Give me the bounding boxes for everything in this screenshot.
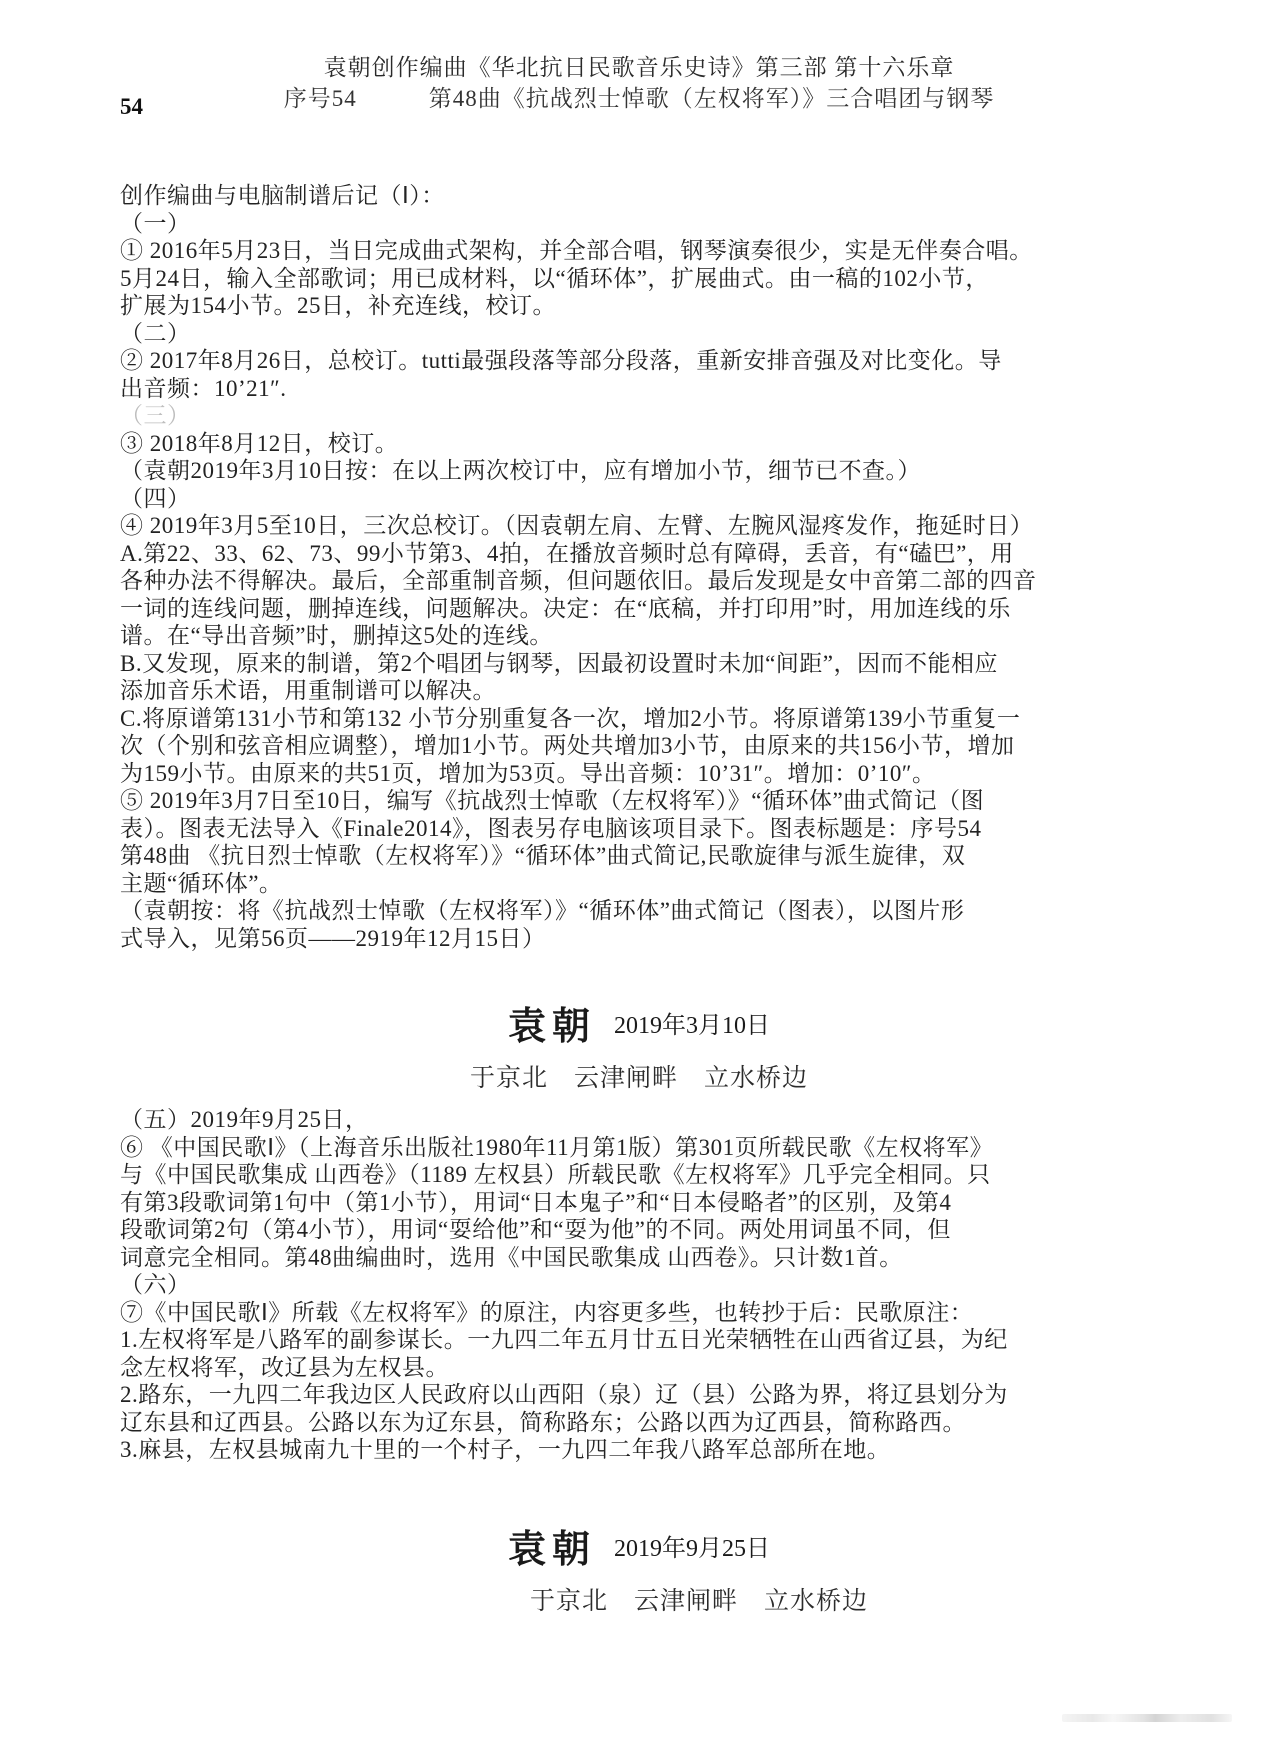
text-line: （二） [120,320,1210,348]
text-line: 1.左权将军是八路军的副参谋长。一九四二年五月廿五日光荣牺牲在山西省辽县，为纪 [120,1326,1210,1354]
text-line: （五）2019年9月25日， [120,1106,1210,1134]
text-line: 5月24日，输入全部歌词；用已成材料，以“循环体”，扩展曲式。由一稿的102小节… [120,265,1210,293]
text-line: （一） [120,210,1210,238]
text-line: 段歌词第2句（第4小节），用词“耍给他”和“耍为他”的不同。两处用词虽不同，但 [120,1216,1210,1244]
text-line: 念左权将军，改辽县为左权县。 [120,1354,1210,1382]
author-name: 袁朝 [508,1529,596,1571]
header-title-line1: 袁朝创作编曲《华北抗日民歌音乐史诗》第三部 第十六乐章 [0,52,1278,83]
text-line: 式导入，见第56页——2919年12月15日） [120,925,1210,953]
text-line: 与《中国民歌集成 山西卷》（1189 左权县）所载民歌《左权将军》几乎完全相同。… [120,1161,1210,1189]
text-line: （袁朝2019年3月10日按：在以上两次校订中，应有增加小节，细节已不查。） [120,457,1210,485]
text-line: 出音频：10’21″. [120,375,1210,403]
faint-scan-watermark [1062,1714,1232,1722]
text-line: 第48曲 《抗日烈士悼歌（左权将军）》“循环体”曲式简记,民歌旋律与派生旋律，双 [120,842,1210,870]
signature-block-1: 袁朝 2019年3月10日 于京北 云津闸畔 立水桥边 [0,995,1278,1094]
header-title-line2: 序号54 第48曲《抗战烈士悼歌（左权将军）》三合唱团与钢琴 [0,83,1278,114]
text-line: 次（个别和弦音相应调整），增加1小节。两处共增加3小节，由原来的共156小节，增… [120,732,1210,760]
text-line: 添加音乐术语，用重制谱可以解决。 [120,677,1210,705]
text-line: ① 2016年5月23日，当日完成曲式架构，并全部合唱，钢琴演奏很少，实是无伴奏… [120,237,1210,265]
text-line: （六） [120,1271,1210,1299]
text-line: 扩展为154小节。25日，补充连线，校订。 [120,292,1210,320]
signature-place: 于京北 云津闸畔 立水桥边 [0,1058,1278,1094]
postscript-section: 创作编曲与电脑制谱后记（Ⅰ）：（一）① 2016年5月23日，当日完成曲式架构，… [120,182,1210,952]
text-line: 3.麻县，左权县城南九十里的一个村子，一九四二年我八路军总部所在地。 [120,1436,1210,1464]
text-line: B.又发现，原来的制谱，第2个唱团与钢琴，因最初设置时未加“间距”，因而不能相应 [120,650,1210,678]
text-line: 主题“循环体”。 [120,870,1210,898]
signature-date: 2019年9月25日 [614,1536,770,1562]
text-line: ③ 2018年8月12日，校订。 [120,430,1210,458]
text-line: 为159小节。由原来的共51页，增加为53页。导出音频：10’31″。增加：0’… [120,760,1210,788]
document-page: 袁朝创作编曲《华北抗日民歌音乐史诗》第三部 第十六乐章 序号54 第48曲《抗战… [0,0,1278,1757]
text-line: A.第22、33、62、73、99小节第3、4拍，在播放音频时总有障碍，丢音，有… [120,540,1210,568]
text-line: ② 2017年8月26日，总校订。tutti最强段落等部分段落，重新安排音强及对… [120,347,1210,375]
page-number: 54 [120,94,143,120]
text-line: （三） [120,402,1210,430]
signature-place: 于京北 云津闸畔 立水桥边 [0,1581,1278,1617]
signature-block-2: 袁朝 2019年9月25日 于京北 云津闸畔 立水桥边 [0,1518,1278,1617]
author-name: 袁朝 [508,1006,596,1048]
text-line: 表）。图表无法导入《Finale2014》，图表另存电脑该项目录下。图表标题是：… [120,815,1210,843]
signature-date: 2019年3月10日 [614,1013,770,1039]
text-line: （袁朝按：将《抗战烈士悼歌（左权将军）》“循环体”曲式简记（图表），以图片形 [120,897,1210,925]
text-line: 辽东县和辽西县。公路以东为辽东县，简称路东；公路以西为辽西县，简称路西。 [120,1409,1210,1437]
text-line: 谱。在“导出音频”时，删掉这5处的连线。 [120,622,1210,650]
text-line: 词意完全相同。第48曲编曲时，选用《中国民歌集成 山西卷》。只计数1首。 [120,1244,1210,1272]
text-line: 2.路东，一九四二年我边区人民政府以山西阳（泉）辽（县）公路为界，将辽县划分为 [120,1381,1210,1409]
text-line: ⑥ 《中国民歌Ⅰ》（上海音乐出版社1980年11月第1版）第301页所载民歌《左… [120,1134,1210,1162]
text-line: 各种办法不得解决。最后，全部重制音频，但问题依旧。最后发现是女中音第二部的四音 [120,567,1210,595]
text-line: 创作编曲与电脑制谱后记（Ⅰ）： [120,182,1210,210]
text-line: 一词的连线问题，删掉连线，问题解决。决定：在“底稿，并打印用”时，用加连线的乐 [120,595,1210,623]
text-line: ⑤ 2019年3月7日至10日，编写《抗战烈士悼歌（左权将军）》“循环体”曲式简… [120,787,1210,815]
signature-name-date: 袁朝 2019年9月25日 [0,1518,1278,1573]
section-five-six: （五）2019年9月25日，⑥ 《中国民歌Ⅰ》（上海音乐出版社1980年11月第… [120,1106,1210,1464]
page-header: 袁朝创作编曲《华北抗日民歌音乐史诗》第三部 第十六乐章 序号54 第48曲《抗战… [0,52,1278,114]
signature-name-date: 袁朝 2019年3月10日 [0,995,1278,1050]
text-line: 有第3段歌词第1句中（第1小节），用词“日本鬼子”和“日本侵略者”的区别，及第4 [120,1189,1210,1217]
text-line: C.将原谱第131小节和第132 小节分别重复各一次，增加2小节。将原谱第139… [120,705,1210,733]
text-line: ⑦《中国民歌Ⅰ》所载《左权将军》的原注，内容更多些，也转抄于后：民歌原注： [120,1299,1210,1327]
text-line: ④ 2019年3月5至10日，三次总校订。（因袁朝左肩、左臂、左腕风湿疼发作，拖… [120,512,1210,540]
text-line: （四） [120,485,1210,513]
